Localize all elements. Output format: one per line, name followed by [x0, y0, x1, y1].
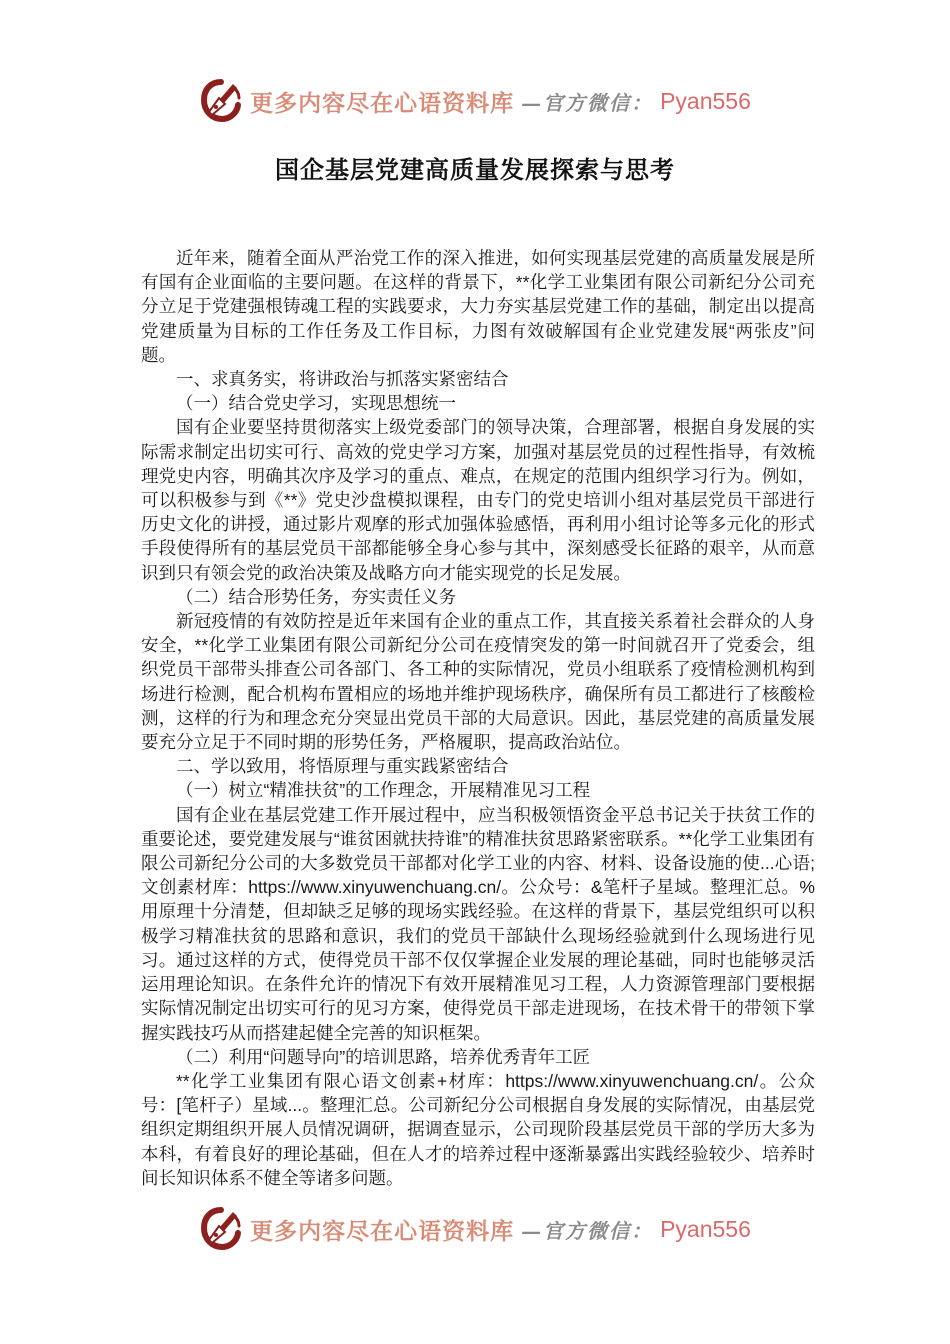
- section-heading: 一、求真务实，将讲政治与抓落实紧密结合: [141, 367, 815, 391]
- section-heading: （一）结合党史学习，实现思想统一: [141, 391, 815, 415]
- section-heading: 二、学以致用，将悟原理与重实践紧密结合: [141, 754, 815, 778]
- pen-nib-logo-icon: [199, 78, 243, 124]
- watermark-wechat-id: Pyan556: [660, 88, 751, 115]
- paragraph: 国有企业要坚持贯彻落实上级党委部门的领导决策，合理部署，根据自身发展的实际需求制…: [141, 415, 815, 584]
- watermark-wechat-label: —官方微信：: [521, 1215, 653, 1244]
- watermark-wechat-id: Pyan556: [660, 1216, 751, 1243]
- paragraph: 新冠疫情的有效防控是近年来国有企业的重点工作，其直接关系着社会群众的人身安全，*…: [141, 609, 815, 754]
- section-heading: （二）利用“问题导向”的培训思路，培养优秀青年工匠: [141, 1045, 815, 1069]
- watermark-slogan: 更多内容尽在心语资料库: [250, 85, 514, 118]
- document-title: 国企基层党建高质量发展探索与思考: [0, 150, 950, 185]
- paragraph: 国有企业在基层党建工作开展过程中，应当积极领悟资金平总书记关于扶贫工作的重要论述…: [141, 803, 815, 1045]
- paragraph: **化学工业集团有限心语文创素+材库：https://www.xinyuwenc…: [141, 1069, 815, 1190]
- pen-nib-logo-icon: [199, 1206, 243, 1252]
- section-heading: （二）结合形势任务，夯实责任义务: [141, 585, 815, 609]
- header-watermark: 更多内容尽在心语资料库 —官方微信： Pyan556: [0, 78, 950, 124]
- document-body: 近年来，随着全面从严治党工作的深入推进，如何实现基层党建的高质量发展是所有国有企…: [141, 246, 815, 1190]
- watermark-wechat-label: —官方微信：: [521, 87, 653, 116]
- section-heading: （一）树立“精准扶贫”的工作理念，开展精准见习工程: [141, 778, 815, 802]
- watermark-slogan: 更多内容尽在心语资料库: [250, 1213, 514, 1246]
- footer-watermark: 更多内容尽在心语资料库 —官方微信： Pyan556: [0, 1206, 950, 1252]
- paragraph: 近年来，随着全面从严治党工作的深入推进，如何实现基层党建的高质量发展是所有国有企…: [141, 246, 815, 367]
